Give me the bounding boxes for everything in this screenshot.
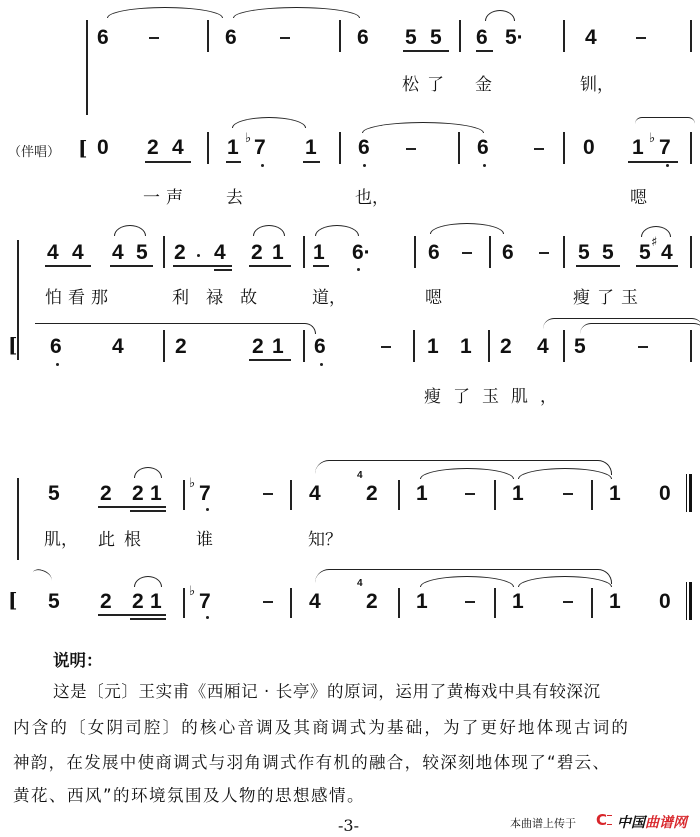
- note: 0: [583, 137, 595, 159]
- barline: [563, 20, 565, 52]
- barline: [563, 132, 565, 164]
- barline: [563, 236, 565, 268]
- barline: [303, 330, 305, 362]
- note: 5: [136, 242, 148, 264]
- underline: [628, 161, 678, 163]
- note: 6: [477, 137, 489, 159]
- note: 4: [172, 137, 184, 159]
- upload-credit-text: 本曲谱上传于: [510, 815, 576, 831]
- barline: [339, 132, 341, 164]
- underline: [145, 161, 191, 163]
- barline: [591, 588, 593, 618]
- barline: [290, 588, 292, 618]
- barline: [690, 132, 692, 164]
- tie: [362, 122, 484, 133]
- lyric: 道，: [312, 283, 346, 308]
- slur: [253, 225, 285, 236]
- note: 5: [430, 27, 442, 49]
- explanation-line: 内含的〔女阴司腔〕的核心音调及其商调式为基础，为了更好地体现古词的: [13, 713, 630, 742]
- barline: [494, 480, 496, 510]
- note: 2: [366, 483, 378, 505]
- low-octave-dot: [363, 164, 366, 167]
- note: 2: [252, 336, 264, 358]
- note: 2: [500, 336, 512, 358]
- underline: [249, 359, 291, 361]
- low-octave-dot: [666, 164, 669, 167]
- lyric: 瘦了玉: [573, 283, 645, 308]
- low-octave-dot: [320, 363, 323, 366]
- part-label-chorus: （伴唱）: [8, 141, 60, 160]
- note: 4: [112, 242, 124, 264]
- lyric: 怕看那: [45, 283, 114, 308]
- note: 6: [428, 242, 440, 264]
- note: 7: [199, 483, 211, 505]
- logo-icon: C: [596, 811, 607, 829]
- dash: [638, 346, 648, 348]
- note: 2: [132, 591, 144, 613]
- underline: [303, 161, 320, 163]
- lyric: 嗯: [630, 183, 647, 208]
- note: 1: [632, 137, 644, 159]
- note: 1: [416, 483, 428, 505]
- slur: [635, 117, 695, 124]
- note: 4: [72, 242, 84, 264]
- barline: [414, 236, 416, 268]
- site-logo-text-red[interactable]: 曲谱网: [645, 812, 687, 832]
- note: 6: [50, 336, 62, 358]
- lyric: 嗯: [425, 283, 442, 308]
- explanation-line: 黄花、西风”的环境氛围及人物的思想感情。: [13, 781, 365, 810]
- note: 0: [659, 483, 671, 505]
- note: 1: [609, 591, 621, 613]
- barline: [690, 330, 692, 362]
- note: 1: [313, 242, 325, 264]
- note: 6: [314, 336, 326, 358]
- system-bracket: [: [78, 136, 87, 160]
- note: 1: [512, 483, 524, 505]
- flat-sign: ♭: [189, 476, 195, 491]
- barline: [163, 236, 165, 268]
- dash: [636, 37, 646, 39]
- underline: [226, 161, 241, 163]
- barline: [183, 588, 185, 618]
- barline: [494, 588, 496, 618]
- underline: [110, 265, 153, 267]
- lyric: 肌，: [44, 525, 78, 550]
- flat-sign: ♭: [189, 584, 195, 599]
- lyric: 去: [226, 183, 243, 208]
- note: 1: [305, 137, 317, 159]
- tie: [430, 223, 504, 234]
- note: 0: [659, 591, 671, 613]
- underline: [636, 265, 678, 267]
- note: 2: [251, 242, 263, 264]
- note: 1: [272, 242, 284, 264]
- note: 2: [147, 137, 159, 159]
- barline: [459, 20, 461, 52]
- lyric: 钏，: [580, 70, 614, 95]
- barline: [398, 480, 400, 510]
- barline: [489, 236, 491, 268]
- note: 2: [100, 591, 112, 613]
- flat-sign: ♭: [245, 131, 251, 146]
- note: 2: [175, 336, 187, 358]
- barline: [303, 236, 305, 268]
- note: 4: [309, 591, 321, 613]
- dash: [465, 601, 475, 603]
- note: 6: [225, 27, 237, 49]
- slur: [232, 117, 306, 128]
- note: 1: [512, 591, 524, 613]
- system-bracket: [: [8, 588, 17, 612]
- underline: [130, 618, 166, 620]
- lyric: 金: [475, 70, 492, 95]
- system-line-row5: [17, 478, 19, 560]
- dash: [465, 493, 475, 495]
- underline: [403, 50, 449, 52]
- dash: [563, 601, 573, 603]
- dash: [280, 37, 290, 39]
- note: 5: [578, 242, 590, 264]
- note: 6: [476, 27, 488, 49]
- barline: [488, 330, 490, 362]
- note: 4: [537, 336, 549, 358]
- explanation-line: 这是〔元〕王实甫《西厢记 · 长亭》的原词，运用了黄梅戏中具有较深沉: [53, 677, 601, 706]
- lyric: 松了: [402, 70, 452, 95]
- breath-mark: [31, 568, 54, 586]
- barline: [290, 480, 292, 510]
- low-octave-dot: [357, 268, 360, 271]
- underline: [313, 265, 329, 267]
- lyric: 一声: [143, 183, 189, 208]
- system-bracket: [: [8, 333, 17, 357]
- explanation-heading: 说明：: [53, 646, 103, 675]
- note: 1: [227, 137, 239, 159]
- barline: [591, 480, 593, 510]
- note: 2: [366, 591, 378, 613]
- note: 1: [150, 591, 162, 613]
- note: 4: [214, 242, 226, 264]
- underline: [476, 50, 493, 52]
- lyric: 瘦了玉肌，: [424, 382, 569, 407]
- note: 1: [272, 336, 284, 358]
- barline: [207, 20, 209, 52]
- low-octave-dot: [206, 616, 209, 619]
- logo-lines-icon: [607, 815, 612, 825]
- underline: [98, 614, 166, 616]
- slur: [134, 576, 162, 587]
- note: 5: [405, 27, 417, 49]
- slur: [485, 10, 515, 21]
- note: 4: [661, 242, 673, 264]
- note: 4: [309, 483, 321, 505]
- barline: [458, 132, 460, 164]
- note: 6: [358, 137, 370, 159]
- sharp-sign: ♯: [651, 235, 657, 250]
- note: 7: [659, 137, 671, 159]
- note: 5: [602, 242, 614, 264]
- underline: [45, 265, 91, 267]
- lyric: 也，: [355, 183, 389, 208]
- dash: [406, 148, 416, 150]
- barline: [563, 330, 565, 362]
- system-line-row1: [86, 20, 88, 115]
- dash: [381, 346, 391, 348]
- note: 4: [112, 336, 124, 358]
- underline: [249, 265, 291, 267]
- slur: [134, 467, 162, 478]
- barline: [690, 236, 692, 268]
- barline: [183, 480, 185, 510]
- dash: [263, 493, 273, 495]
- note: 6: [502, 242, 514, 264]
- note: 2: [132, 483, 144, 505]
- augmentation-dot: [197, 254, 200, 257]
- dash: [534, 148, 544, 150]
- flat-sign: ♭: [649, 131, 655, 146]
- note: 4: [47, 242, 59, 264]
- low-octave-dot: [56, 363, 59, 366]
- note: 1: [427, 336, 439, 358]
- low-octave-dot: [206, 508, 209, 511]
- underline: [173, 265, 232, 267]
- barline: [413, 330, 415, 362]
- underline: [130, 510, 166, 512]
- note: 2: [100, 483, 112, 505]
- slur: [35, 323, 316, 334]
- note: 6·: [352, 242, 371, 264]
- explanation-line: 神韵，在发展中使商调式与羽角调式作有机的融合，较深刻地体现了“碧云、: [13, 748, 610, 777]
- note: 1: [150, 483, 162, 505]
- low-octave-dot: [261, 164, 264, 167]
- lyric: 利禄故: [172, 283, 274, 308]
- slur: [641, 226, 671, 237]
- note: 1: [460, 336, 472, 358]
- low-octave-dot: [483, 164, 486, 167]
- note: 7: [254, 137, 266, 159]
- slur: [114, 225, 146, 236]
- barline: [207, 132, 209, 164]
- dash: [563, 493, 573, 495]
- slur: [315, 225, 359, 236]
- underline: [98, 506, 166, 508]
- note: 1: [609, 483, 621, 505]
- note: 5: [48, 591, 60, 613]
- underline: [576, 265, 620, 267]
- dash: [149, 37, 159, 39]
- note: 2: [174, 242, 186, 264]
- barline: [339, 20, 341, 52]
- lyric: 谁: [196, 525, 213, 550]
- note: 5: [48, 483, 60, 505]
- dash: [539, 252, 549, 254]
- final-barline: [686, 582, 692, 620]
- slur: [580, 323, 700, 334]
- note: 5: [639, 242, 651, 264]
- note: 6: [97, 27, 109, 49]
- final-barline: [686, 474, 692, 512]
- tie: [107, 7, 223, 18]
- lyric: 知？: [308, 525, 342, 550]
- note: 0: [97, 137, 109, 159]
- note: 4: [585, 27, 597, 49]
- dash: [263, 601, 273, 603]
- tie: [233, 7, 360, 18]
- barline: [398, 588, 400, 618]
- lyric: 此根: [98, 525, 150, 550]
- site-logo-text[interactable]: 中国: [617, 812, 645, 832]
- note: 5: [574, 336, 586, 358]
- note: 7: [199, 591, 211, 613]
- underline: [214, 269, 232, 271]
- dash: [462, 252, 472, 254]
- page-number: -3-: [338, 816, 359, 835]
- note: 5·: [505, 27, 524, 49]
- note: 1: [416, 591, 428, 613]
- barline: [163, 330, 165, 362]
- barline: [690, 20, 692, 52]
- note: 6: [357, 27, 369, 49]
